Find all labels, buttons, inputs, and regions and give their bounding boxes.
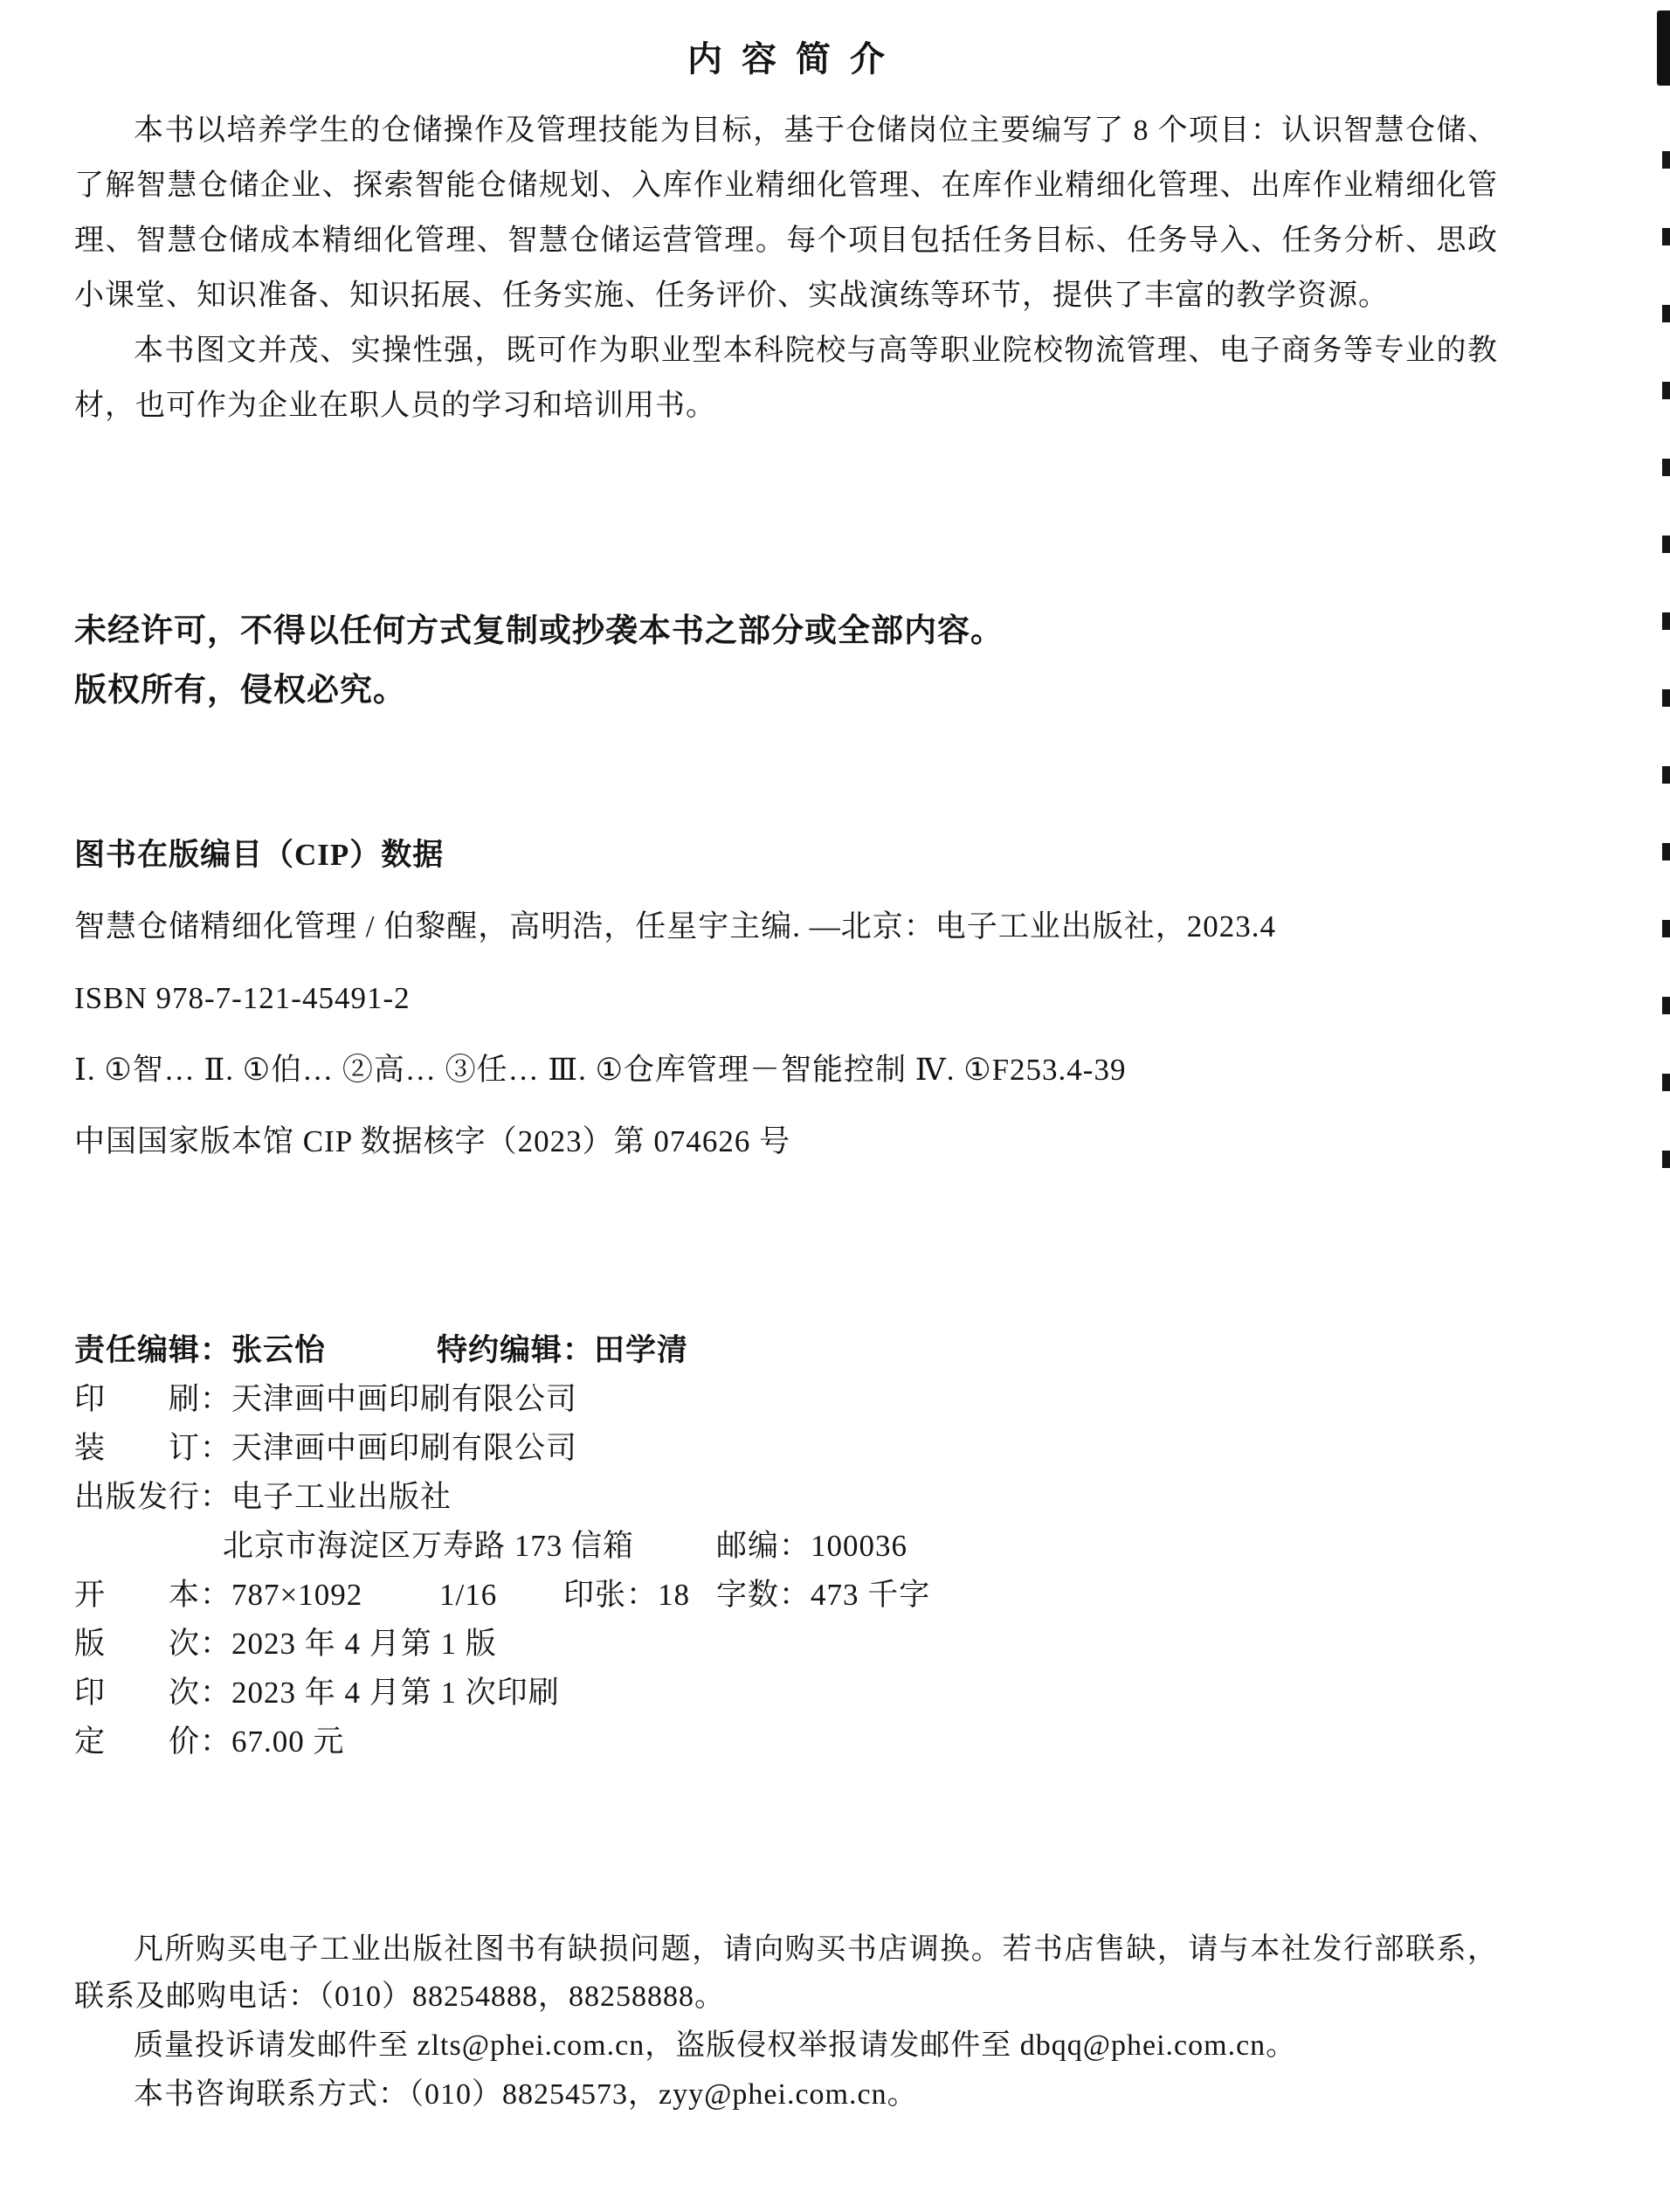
wordcount-label: 字数： xyxy=(716,1578,811,1612)
publisher-label: 出版发行： xyxy=(74,1480,231,1514)
cip-data-section: 图书在版编目（CIP）数据 智慧仓储精细化管理 / 伯黎醒，高明浩，任星宇主编.… xyxy=(74,837,1559,1195)
scan-artifact-edge-marks xyxy=(1662,92,1670,1227)
cip-registry: 中国国家版本馆 CIP 数据核字（2023）第 074626 号 xyxy=(74,1123,1559,1160)
cip-isbn: ISBN 978-7-121-45491-2 xyxy=(74,980,1559,1017)
special-editor-name: 田学清 xyxy=(594,1333,688,1367)
colophon-section: 责任编辑：张云怡 特约编辑：田学清 印 刷：天津画中画印刷有限公司 装 订：天津… xyxy=(74,1326,1559,1766)
publisher-value: 电子工业出版社 xyxy=(231,1480,452,1514)
edition-row: 版 次：2023 年 4 月第 1 版 xyxy=(74,1620,1559,1669)
binding-label: 装 订： xyxy=(74,1431,231,1465)
cip-classification: Ⅰ. ①智… Ⅱ. ①伯… ②高… ③任… Ⅲ. ①仓库管理－智能控制 Ⅳ. ①… xyxy=(74,1052,1559,1089)
format-value: 787×1092 xyxy=(231,1578,362,1612)
page-title: 内容简介 xyxy=(74,31,1498,81)
special-editor-pair: 特约编辑：田学清 xyxy=(437,1326,688,1375)
scan-artifact-top xyxy=(1657,10,1670,86)
price-label: 定 价： xyxy=(74,1725,231,1759)
impression-label: 印 次： xyxy=(74,1676,231,1710)
format-fraction: 1/16 xyxy=(439,1571,497,1620)
copyright-line-2: 版权所有，侵权必究。 xyxy=(74,660,1498,720)
sheets-label: 印张： xyxy=(563,1578,658,1612)
intro-paragraph-2: 本书图文并茂、实操性强，既可作为职业型本科院校与高等职业院校物流管理、电子商务等… xyxy=(74,323,1498,433)
publisher-row: 出版发行：电子工业出版社 xyxy=(74,1473,1559,1522)
price-value: 67.00 元 xyxy=(231,1725,345,1759)
editors-row: 责任编辑：张云怡 特约编辑：田学清 xyxy=(74,1326,1559,1375)
publisher-address: 北京市海淀区万寿路 173 信箱 xyxy=(223,1529,634,1563)
wordcount-pair: 字数：473 千字 xyxy=(716,1571,930,1620)
format-label: 开 本： xyxy=(74,1578,231,1612)
binding-row: 装 订：天津画中画印刷有限公司 xyxy=(74,1424,1559,1473)
edition-label: 版 次： xyxy=(74,1627,231,1661)
sheets-pair: 印张：18 xyxy=(563,1571,690,1620)
notice-paragraph-1: 凡所购买电子工业出版社图书有缺损问题，请向购买书店调换。若书店售缺，请与本社发行… xyxy=(74,1926,1498,2021)
format-row: 开 本：787×1092 1/16 印张：18 字数：473 千字 xyxy=(74,1571,1559,1620)
notice-paragraph-3: 本书咨询联系方式：（010）88254573，zyy@phei.com.cn。 xyxy=(74,2071,1498,2119)
copyright-page: 内容简介 本书以培养学生的仓储操作及管理技能为目标，基于仓储岗位主要编写了 8 … xyxy=(0,0,1670,2212)
price-row: 定 价：67.00 元 xyxy=(74,1718,1559,1766)
wordcount-value: 473 千字 xyxy=(811,1578,930,1612)
responsible-editor-name: 张云怡 xyxy=(231,1333,326,1367)
copyright-notice: 未经许可，不得以任何方式复制或抄袭本书之部分或全部内容。 版权所有，侵权必究。 xyxy=(74,601,1498,720)
printing-row: 印 刷：天津画中画印刷有限公司 xyxy=(74,1375,1559,1424)
impression-value: 2023 年 4 月第 1 次印刷 xyxy=(231,1676,560,1710)
printing-label: 印 刷： xyxy=(74,1382,231,1416)
postcode-label: 邮编： xyxy=(716,1529,811,1563)
purchase-notice-section: 凡所购买电子工业出版社图书有缺损问题，请向购买书店调换。若书店售缺，请与本社发行… xyxy=(74,1926,1498,2119)
cip-entry: 智慧仓储精细化管理 / 伯黎醒，高明浩，任星宇主编. —北京：电子工业出版社，2… xyxy=(74,909,1559,945)
intro-section: 本书以培养学生的仓储操作及管理技能为目标，基于仓储岗位主要编写了 8 个项目：认… xyxy=(74,103,1498,433)
notice-paragraph-2: 质量投诉请发邮件至 zlts@phei.com.cn，盗版侵权举报请发邮件至 d… xyxy=(74,2022,1498,2070)
special-editor-label: 特约编辑： xyxy=(437,1333,594,1367)
printing-value: 天津画中画印刷有限公司 xyxy=(231,1382,577,1416)
edition-value: 2023 年 4 月第 1 版 xyxy=(231,1627,497,1661)
binding-value: 天津画中画印刷有限公司 xyxy=(231,1431,577,1465)
postcode-value: 100036 xyxy=(811,1529,907,1563)
intro-paragraph-1: 本书以培养学生的仓储操作及管理技能为目标，基于仓储岗位主要编写了 8 个项目：认… xyxy=(74,103,1498,323)
responsible-editor-label: 责任编辑： xyxy=(74,1333,231,1367)
cip-header: 图书在版编目（CIP）数据 xyxy=(74,837,1559,874)
impression-row: 印 次：2023 年 4 月第 1 次印刷 xyxy=(74,1669,1559,1718)
copyright-line-1: 未经许可，不得以任何方式复制或抄袭本书之部分或全部内容。 xyxy=(74,601,1498,660)
address-row: 北京市海淀区万寿路 173 信箱 邮编：100036 xyxy=(74,1522,1559,1571)
sheets-value: 18 xyxy=(658,1578,690,1612)
postcode-pair: 邮编：100036 xyxy=(716,1522,907,1571)
